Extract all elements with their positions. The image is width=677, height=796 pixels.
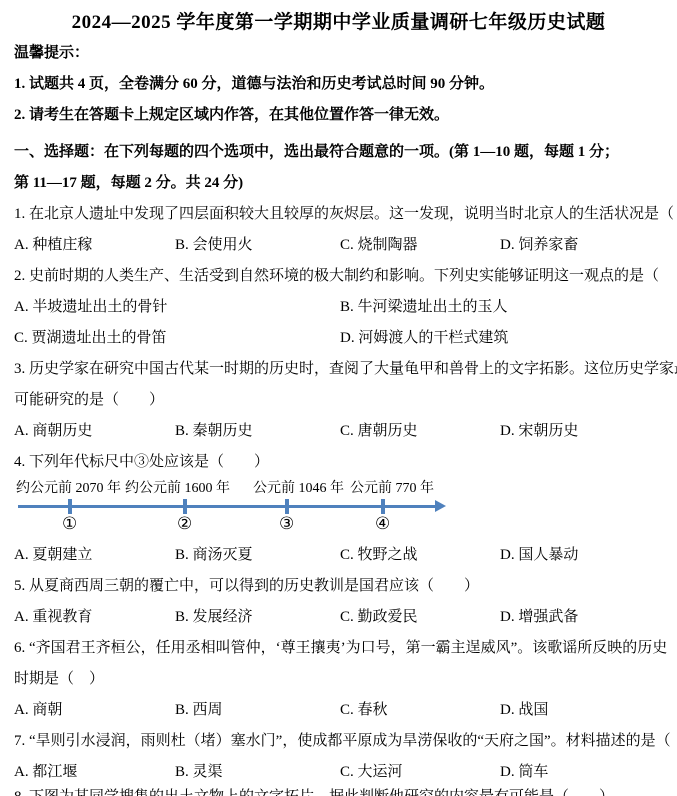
timeline-axis <box>18 505 436 508</box>
option-c: C. 贾湖遗址出土的骨笛 <box>14 323 340 354</box>
option-b: B. 会使用火 <box>175 230 340 261</box>
notice-item-2: 2. 请考生在答题卡上规定区域内作答，在其他位置作答一律无效。 <box>14 100 663 131</box>
exam-paper-page: 2024—2025 学年度第一学期期中学业质量调研七年级历史试题 温馨提示： 1… <box>0 0 677 796</box>
question-6-options: A. 商朝 B. 西周 C. 春秋 D. 战国 <box>14 695 663 726</box>
question-2-stem: 2. 史前时期的人类生产、生活受到自然环境的极大制约和影响。下列史实能够证明这一… <box>14 261 663 292</box>
option-b: B. 秦朝历史 <box>175 416 340 447</box>
question-7-stem: 7. “旱则引水浸润，雨则杜（堵）塞水门”，使成都平原成为旱涝保收的“天府之国”… <box>14 726 663 757</box>
question-5-options: A. 重视教育 B. 发展经济 C. 勤政爱民 D. 增强武备 <box>14 602 663 633</box>
option-c: C. 大运河 <box>340 757 500 788</box>
option-d: D. 增强武备 <box>500 602 663 633</box>
timeline-tick-2 <box>183 499 187 514</box>
option-d: D. 宋朝历史 <box>500 416 663 447</box>
section-header-line-2: 第 11—17 题，每题 2 分。共 24 分) <box>14 168 663 199</box>
page-title: 2024—2025 学年度第一学期期中学业质量调研七年级历史试题 <box>14 8 663 38</box>
timeline-label-3: 公元前 1046 年 <box>253 480 344 498</box>
timeline-marker-4: ④ <box>375 514 390 534</box>
option-d: D. 国人暴动 <box>500 540 663 571</box>
question-2-options-row-1: A. 半坡遗址出土的骨针 B. 牛河梁遗址出土的玉人 <box>14 292 663 323</box>
question-4-stem: 4. 下列年代标尺中③处应该是（ ） <box>14 447 663 478</box>
question-3-options: A. 商朝历史 B. 秦朝历史 C. 唐朝历史 D. 宋朝历史 <box>14 416 663 447</box>
option-a: A. 都江堰 <box>14 757 175 788</box>
timeline-label-2: 约公元前 1600 年 <box>125 480 230 498</box>
option-d: D. 河姆渡人的干栏式建筑 <box>340 323 663 354</box>
timeline-label-4: 公元前 770 年 <box>350 480 434 498</box>
year-scale-timeline: 约公元前 2070 年 约公元前 1600 年 公元前 1046 年 公元前 7… <box>14 478 663 540</box>
notice-item-1: 1. 试题共 4 页，全卷满分 60 分，道德与法治和历史考试总时间 90 分钟… <box>14 69 663 100</box>
question-6-stem-line-1: 6. “齐国君王齐桓公，任用丞相叫管仲，‘尊王攘夷’为口号，第一霸主逞威风”。该… <box>14 633 663 664</box>
question-8-stem-partial: 8. 下图为某同学搜集的出土文物上的文字拓片，据此判断他研究的内容最有可能是（ … <box>14 788 663 796</box>
option-a: A. 半坡遗址出土的骨针 <box>14 292 340 323</box>
option-c: C. 春秋 <box>340 695 500 726</box>
timeline-marker-2: ② <box>177 514 192 534</box>
question-3-stem-line-1: 3. 历史学家在研究中国古代某一时期的历史时，查阅了大量龟甲和兽骨上的文字拓影。… <box>14 354 663 385</box>
option-b: B. 灵渠 <box>175 757 340 788</box>
timeline-tick-3 <box>285 499 289 514</box>
option-b: B. 发展经济 <box>175 602 340 633</box>
timeline-label-1: 约公元前 2070 年 <box>16 480 121 498</box>
option-c: C. 烧制陶器 <box>340 230 500 261</box>
timeline-tick-1 <box>68 499 72 514</box>
option-a: A. 夏朝建立 <box>14 540 175 571</box>
question-4-options: A. 夏朝建立 B. 商汤灭夏 C. 牧野之战 D. 国人暴动 <box>14 540 663 571</box>
question-7-options: A. 都江堰 B. 灵渠 C. 大运河 D. 筒车 <box>14 757 663 788</box>
option-b: B. 西周 <box>175 695 340 726</box>
option-c: C. 勤政爱民 <box>340 602 500 633</box>
question-1-options: A. 种植庄稼 B. 会使用火 C. 烧制陶器 D. 饲养家畜 <box>14 230 663 261</box>
question-3-stem-line-2: 可能研究的是（ ） <box>14 385 663 416</box>
option-b: B. 商汤灭夏 <box>175 540 340 571</box>
timeline-marker-1: ① <box>62 514 77 534</box>
timeline-marker-3: ③ <box>279 514 294 534</box>
option-b: B. 牛河梁遗址出土的玉人 <box>340 292 663 323</box>
notice-label: 温馨提示： <box>14 38 663 69</box>
option-a: A. 种植庄稼 <box>14 230 175 261</box>
question-5-stem: 5. 从夏商西周三朝的覆亡中，可以得到的历史教训是国君应该（ ） <box>14 571 663 602</box>
option-c: C. 唐朝历史 <box>340 416 500 447</box>
option-a: A. 商朝 <box>14 695 175 726</box>
option-d: D. 饲养家畜 <box>500 230 663 261</box>
question-6-stem-line-2: 时期是（ ） <box>14 664 663 695</box>
question-1-stem: 1. 在北京人遗址中发现了四层面积较大且较厚的灰烬层。这一发现，说明当时北京人的… <box>14 199 663 230</box>
section-header-line-1: 一、选择题：在下列每题的四个选项中，选出最符合题意的一项。(第 1—10 题，每… <box>14 137 663 168</box>
option-d: D. 战国 <box>500 695 663 726</box>
option-a: A. 商朝历史 <box>14 416 175 447</box>
option-c: C. 牧野之战 <box>340 540 500 571</box>
question-2-options-row-2: C. 贾湖遗址出土的骨笛 D. 河姆渡人的干栏式建筑 <box>14 323 663 354</box>
arrow-right-icon <box>435 500 446 512</box>
option-d: D. 筒车 <box>500 757 663 788</box>
option-a: A. 重视教育 <box>14 602 175 633</box>
timeline-tick-4 <box>381 499 385 514</box>
